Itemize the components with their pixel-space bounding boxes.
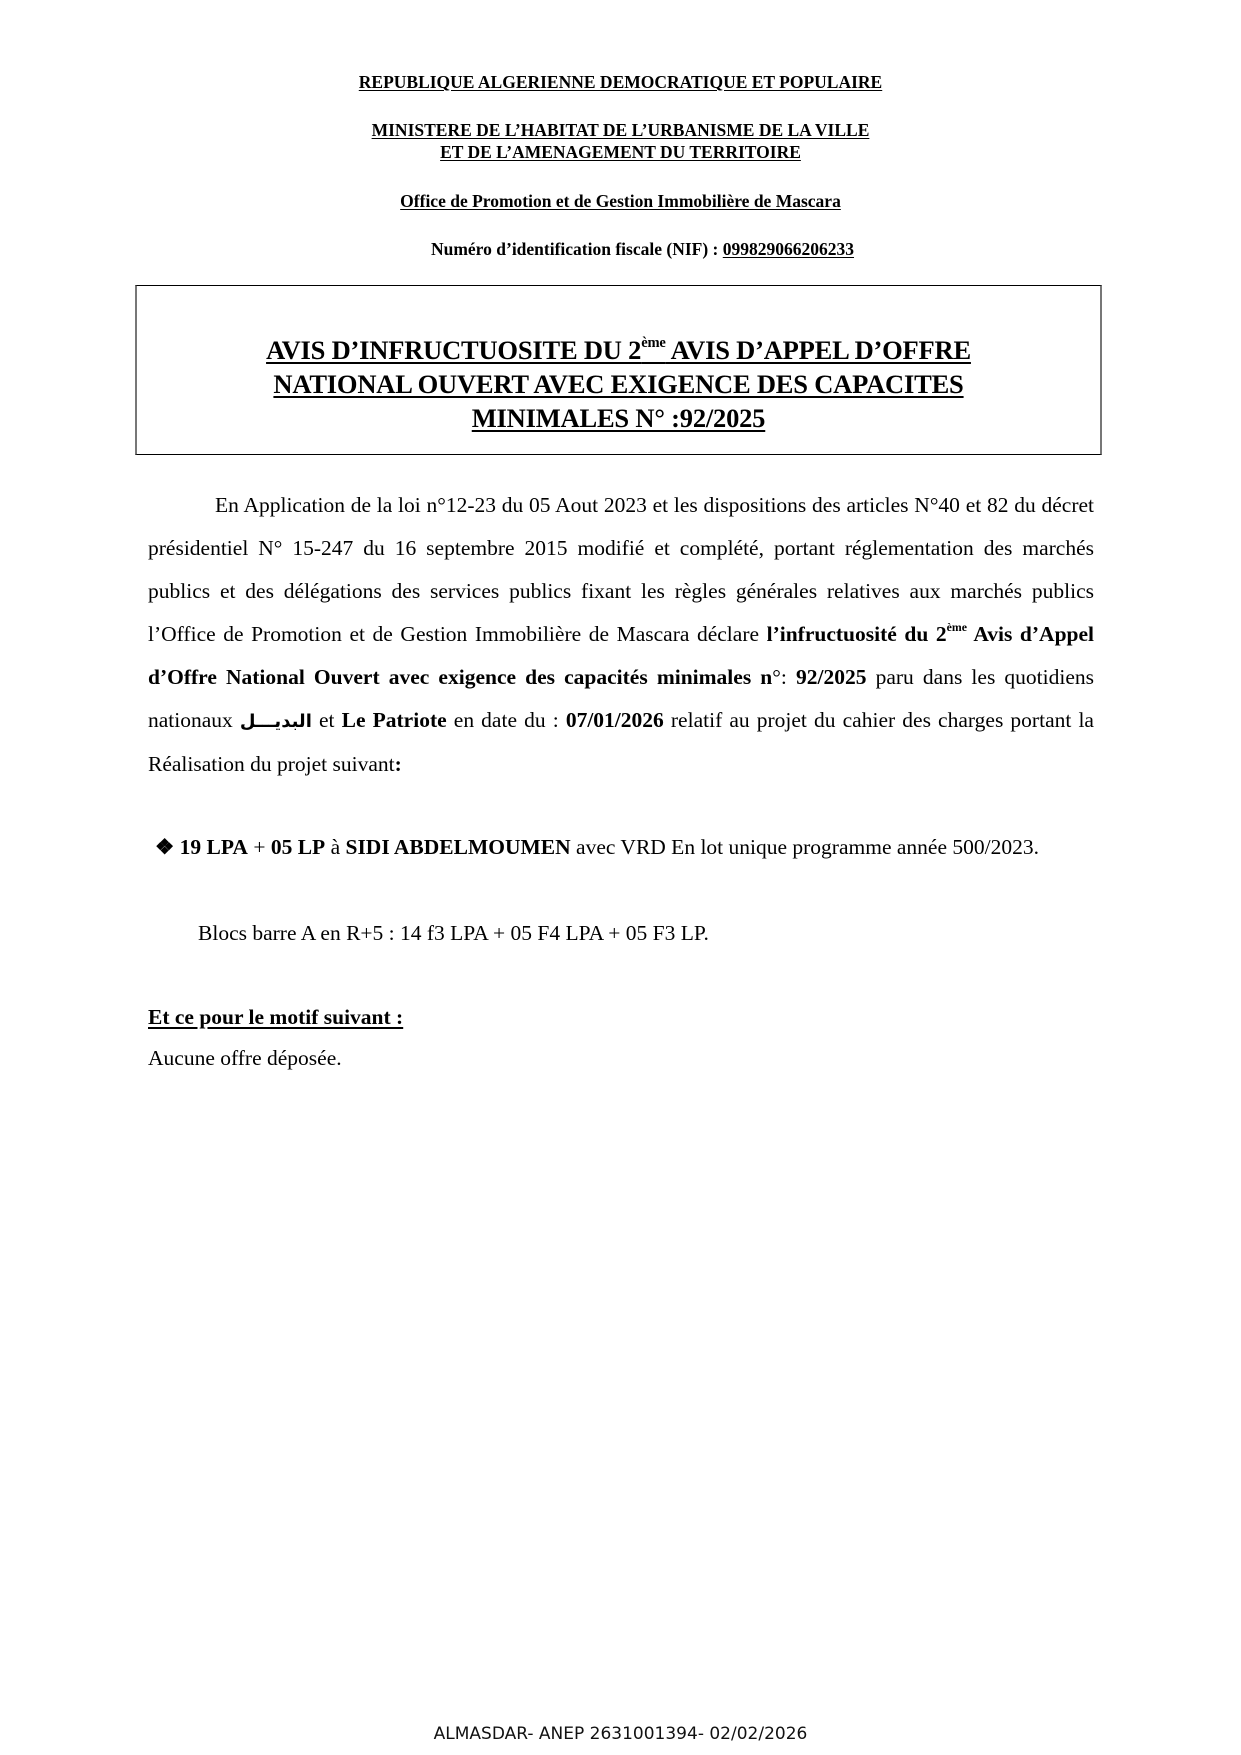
notice-title-line-3: MINIMALES N° :92/2025 (137, 401, 1100, 435)
project-lp: 05 LP (271, 835, 325, 859)
body-superscript: ème (947, 620, 967, 634)
notice-title-line-2: NATIONAL OUVERT AVEC EXIGENCE DES CAPACI… (137, 367, 1100, 401)
project-description: ❖ 19 LPA + 05 LP à SIDI ABDELMOUMEN avec… (155, 826, 1120, 869)
tender-number: 92/2025 (796, 665, 866, 689)
ministry-line-2: ET DE L’AMENAGEMENT DU TERRITOIRE (440, 142, 801, 162)
office-name: Office de Promotion et de Gestion Immobi… (400, 191, 841, 211)
motif-heading: Et ce pour le motif suivant : (148, 999, 403, 1035)
diamond-bullet-icon: ❖ (155, 835, 174, 859)
nif-label: Numéro d’identification fiscale (NIF) : (431, 239, 723, 259)
body-text: en date du : (447, 708, 566, 732)
newspaper-arabic: البديـــل (240, 711, 312, 732)
motif-text: Aucune offre déposée. (148, 1040, 342, 1076)
body-text: et (312, 708, 342, 732)
title-text: AVIS D’INFRUCTUOSITE DU 2 (266, 335, 641, 365)
republic-header: REPUBLIQUE ALGERIENNE DEMOCRATIQUE ET PO… (0, 71, 1241, 93)
notice-title-box: AVIS D’INFRUCTUOSITE DU 2ème AVIS D’APPE… (135, 285, 1102, 455)
notice-title: AVIS D’INFRUCTUOSITE DU 2ème AVIS D’APPE… (137, 333, 1100, 435)
notice-title-line-1: AVIS D’INFRUCTUOSITE DU 2ème AVIS D’APPE… (137, 333, 1100, 367)
title-text: AVIS D’APPEL D’OFFRE (666, 335, 971, 365)
project-item: ❖ 19 LPA + 05 LP à SIDI ABDELMOUMEN avec… (155, 826, 1120, 869)
body-paragraph: En Application de la loi n°12-23 du 05 A… (148, 484, 1094, 786)
publication-date: 07/01/2026 (566, 708, 664, 732)
newspaper-name: Le Patriote (342, 708, 447, 732)
republic-title: REPUBLIQUE ALGERIENNE DEMOCRATIQUE ET PO… (359, 72, 882, 92)
title-superscript: ème (641, 335, 665, 351)
body-text: °: (772, 665, 796, 689)
footer-reference: ALMASDAR- ANEP 2631001394- 02/02/2026 (0, 1722, 1241, 1746)
ministry-line-1: MINISTERE DE L’HABITAT DE L’URBANISME DE… (372, 120, 870, 140)
nif-value: 099829066206233 (723, 239, 854, 259)
body-bold: l’infructuosité du 2 (767, 622, 947, 646)
project-blocks: Blocs barre A en R+5 : 14 f3 LPA + 05 F4… (198, 912, 709, 955)
nif-line: Numéro d’identification fiscale (NIF) : … (22, 238, 1241, 260)
project-text: avec VRD En lot unique programme année 5… (571, 835, 1039, 859)
project-lpa: 19 LPA (180, 835, 248, 859)
body-colon: : (395, 752, 402, 776)
ministry-header: MINISTERE DE L’HABITAT DE L’URBANISME DE… (0, 119, 1241, 163)
project-text: + (248, 835, 271, 859)
office-header: Office de Promotion et de Gestion Immobi… (0, 190, 1241, 212)
project-location: SIDI ABDELMOUMEN (345, 835, 570, 859)
project-text: à (325, 835, 345, 859)
notice-body: En Application de la loi n°12-23 du 05 A… (148, 484, 1094, 786)
